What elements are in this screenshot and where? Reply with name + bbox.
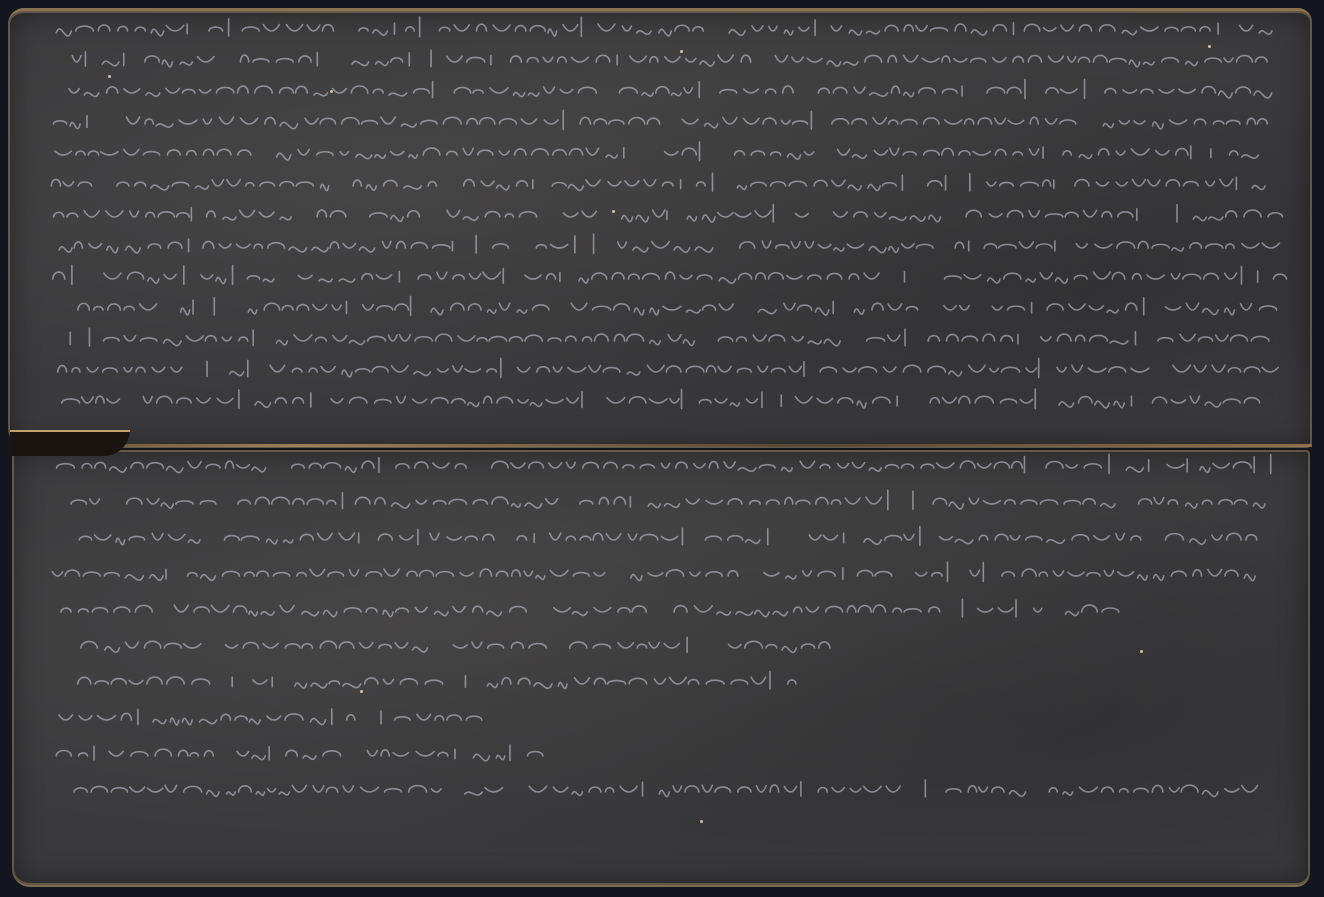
torn-edge	[10, 430, 130, 456]
dust-speck	[1140, 650, 1143, 653]
fold-crease	[40, 444, 1312, 447]
dust-speck	[700, 820, 703, 823]
manuscript-panel-lower: [illegible handwritten Burmese script]	[12, 450, 1310, 887]
dust-speck	[612, 210, 615, 213]
script-text-lower	[12, 450, 1310, 885]
dust-speck	[330, 90, 333, 93]
dust-speck	[680, 50, 683, 53]
dust-speck	[360, 690, 363, 693]
script-text-upper	[8, 11, 1312, 448]
dust-speck	[1208, 45, 1211, 48]
dust-speck	[108, 75, 111, 78]
manuscript-panel-upper: [illegible handwritten Burmese script]	[8, 8, 1312, 448]
